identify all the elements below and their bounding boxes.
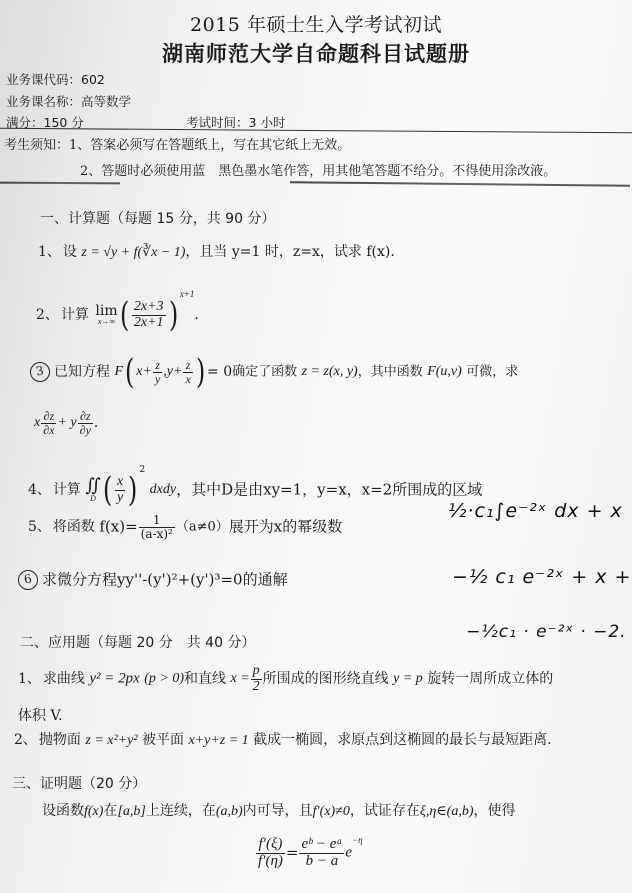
- exam-page: 2015 年硕士生入学考试初试 湖南师范大学自命题科目试题册 业务课代码：602…: [0, 0, 632, 893]
- circled-number: 3: [28, 360, 51, 383]
- question-1-3: 3已知方程 F(x+zy,y+zx)= 0确定了函数 z = z(x, y)，其…: [30, 355, 518, 389]
- fraction: zy: [153, 359, 162, 385]
- divider-top: [0, 128, 632, 133]
- question-number: 2、: [14, 732, 37, 748]
- handwritten-note: −½c₁ · e⁻²ˣ · −2.: [466, 622, 627, 642]
- fraction-right: eᵇ − eᵃb − a: [299, 837, 344, 870]
- notice-row-1: 考生须知：1、答案必须写在答题纸上，写在其它纸上无效。: [4, 134, 350, 153]
- notice-row-2: 2、答题时必须使用蓝 黑色墨水笔作答，用其他笔答题不给分。不得使用涂改液。: [80, 160, 556, 179]
- section-heading-application: 二、应用题（每题 20 分 共 40 分）: [20, 632, 255, 652]
- divider-scan-left: [0, 182, 120, 185]
- partial-derivative: ∂z∂x: [41, 410, 56, 436]
- fraction: 2x+32x+1: [132, 300, 166, 330]
- fraction-left: f′(ξ)f′(η): [256, 837, 285, 870]
- question-3-1: 设函数f(x)在[a,b]上连续，在(a,b)内可导，且f′(x)≠0，试证存在…: [42, 800, 516, 820]
- handwritten-note: −½ c₁ e⁻²ˣ + x + c₂.: [452, 566, 632, 588]
- question-2-2: 2、抛物面 z = x²+y² 被平面 x+y+z = 1 截成一椭圆，求原点到…: [14, 729, 552, 749]
- course-name-label: 业务课名称：: [6, 94, 81, 109]
- question-number: 1、: [38, 244, 61, 260]
- question-1-4: 4、计算 ∬ D (xy)2 dxdy，其中D是由xy=1，y=x，x=2所围成…: [28, 466, 482, 507]
- notice-label: 考生须知：: [4, 138, 69, 153]
- course-code-row: 业务课代码：602: [6, 70, 105, 88]
- question-1-5: 5、将函数 f(x)=1(a-x)²（a≠0）展开为x的幂级数: [28, 514, 342, 540]
- course-code-label: 业务课代码：: [6, 72, 81, 87]
- fraction: zx: [183, 359, 192, 385]
- limit-operator: lim x→∞: [95, 304, 117, 326]
- handwritten-note: ½·c₁∫e⁻²ˣ dx + x: [448, 500, 623, 522]
- question-2-1-line2: 体积 V.: [18, 705, 63, 725]
- question-1-1: 1、设 z = √y + f(∛x − 1)，且当 y=1 时，z=x，试求 f…: [38, 241, 395, 261]
- proof-formula: f′(ξ)f′(η)=eᵇ − eᵃb − ae−η: [255, 836, 363, 869]
- question-1-6: 6求微分方程yy''-(y')²+(y')³=0的通解: [18, 570, 288, 590]
- circled-number: 6: [16, 568, 39, 591]
- course-name-row: 业务课名称：高等数学: [6, 92, 131, 110]
- exam-time: 3 小时: [249, 115, 286, 130]
- fraction: 1(a-x)²: [139, 514, 175, 540]
- fraction: xy: [115, 475, 125, 505]
- section-heading-proof: 三、证明题（20 分）: [12, 773, 146, 793]
- exam-time-label: 考试时间：: [186, 115, 249, 130]
- fraction: p2: [251, 664, 262, 694]
- partial-derivative: ∂z∂y: [78, 410, 93, 436]
- divider-scan-right: [290, 181, 630, 186]
- question-2-1: 1、求曲线 y² = 2px (p > 0)和直线 x =p2所围成的图形绕直线…: [18, 664, 553, 694]
- math-expression: z = √y + f(∛x − 1): [81, 245, 185, 260]
- notice-item: 1、答案必须写在答题纸上，写在其它纸上无效。: [69, 138, 350, 153]
- question-1-3-line2: x∂z∂x+ y∂z∂y.: [34, 410, 98, 436]
- course-name: 高等数学: [81, 94, 131, 109]
- question-number: 1、: [18, 671, 41, 687]
- question-number: 5、: [28, 519, 51, 535]
- exam-subtitle: 湖南师范大学自命题科目试题册: [0, 38, 632, 68]
- double-integral: ∬ D: [85, 477, 100, 503]
- exponent: x+1: [180, 289, 195, 299]
- question-number: 4、: [28, 482, 51, 498]
- course-code: 602: [81, 72, 105, 87]
- notice-item: 2、答题时必须使用蓝 黑色墨水笔作答，用其他笔答题不给分。不得使用涂改液。: [80, 164, 556, 179]
- section-heading-calc: 一、计算题（每题 15 分，共 90 分）: [40, 208, 275, 228]
- question-1-2: 2、计算 lim x→∞ (2x+32x+1)x+1.: [36, 290, 199, 332]
- question-number: 2、: [36, 307, 59, 323]
- exam-title: 2015 年硕士生入学考试初试: [0, 10, 632, 37]
